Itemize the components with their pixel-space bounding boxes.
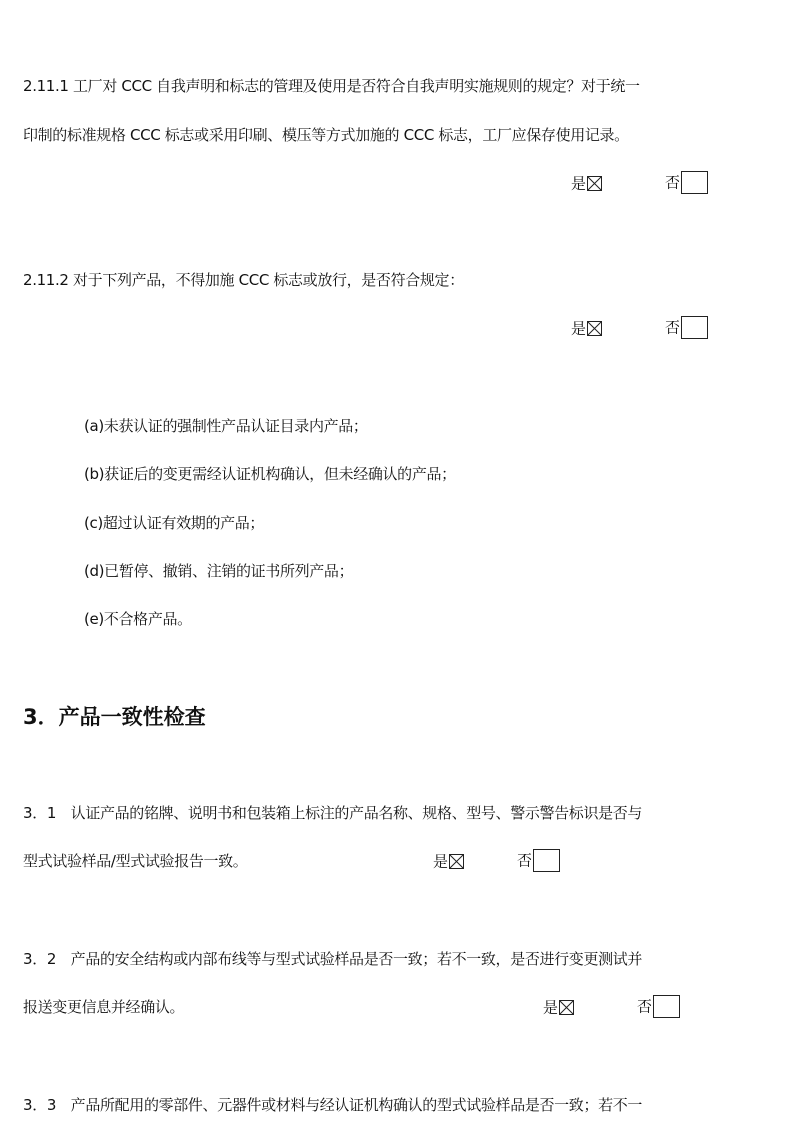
yes-checkbox-checked[interactable] — [587, 321, 602, 336]
x-mark-icon — [588, 177, 601, 190]
no-label: 否 — [517, 852, 532, 870]
yes-label: 是 — [571, 320, 586, 338]
no-checkbox-empty[interactable] — [653, 995, 680, 1018]
section-heading-3: 3．产品一致性检查 — [23, 703, 206, 731]
answer-2-11-2: 是 — [571, 318, 602, 339]
question-3-2-line2: 报送变更信息并经确认。 — [23, 997, 184, 1017]
question-3-3-line1: 3．3 产品所配用的零部件、元器件或材料与经认证机构确认的型式试验样品是否一致；… — [23, 1095, 642, 1115]
question-3-2-line1: 3．2 产品的安全结构或内部布线等与型式试验样品是否一致；若不一致，是否进行变更… — [23, 949, 642, 969]
question-3-1-line1: 3．1 认证产品的铭牌、说明书和包装箱上标注的产品名称、规格、型号、警示警告标识… — [23, 803, 642, 823]
list-item-c: (c)超过认证有效期的产品； — [84, 513, 264, 533]
no-label: 否 — [637, 998, 652, 1016]
answer-3-1: 是 — [433, 851, 464, 872]
x-mark-icon — [450, 855, 463, 868]
answer-3-2-no: 否 — [637, 995, 680, 1018]
x-mark-icon — [560, 1001, 573, 1014]
answer-2-11-1-no: 否 — [665, 171, 708, 194]
yes-checkbox-checked[interactable] — [449, 854, 464, 869]
list-item-e: (e)不合格产品。 — [84, 609, 192, 629]
answer-2-11-2-no: 否 — [665, 316, 708, 339]
no-checkbox-empty[interactable] — [681, 171, 708, 194]
answer-3-2: 是 — [543, 997, 574, 1018]
question-2-11-1-line1: 2.11.1 工厂对 CCC 自我声明和标志的管理及使用是否符合自我声明实施规则… — [23, 76, 640, 96]
no-label: 否 — [665, 174, 680, 192]
list-item-a: (a)未获认证的强制性产品认证目录内产品； — [84, 416, 368, 436]
x-mark-icon — [588, 322, 601, 335]
yes-label: 是 — [433, 853, 448, 871]
question-3-1-line2: 型式试验样品/型式试验报告一致。 — [23, 851, 247, 871]
question-2-11-1-line2: 印制的标准规格 CCC 标志或采用印刷、模压等方式加施的 CCC 标志，工厂应保… — [23, 125, 629, 145]
list-item-d: (d)已暂停、撤销、注销的证书所列产品； — [84, 561, 353, 581]
answer-2-11-1: 是 — [571, 173, 602, 194]
answer-3-1-no: 否 — [517, 849, 560, 872]
yes-label: 是 — [543, 999, 558, 1017]
yes-checkbox-checked[interactable] — [587, 176, 602, 191]
no-checkbox-empty[interactable] — [681, 316, 708, 339]
yes-label: 是 — [571, 175, 586, 193]
yes-checkbox-checked[interactable] — [559, 1000, 574, 1015]
list-item-b: (b)获证后的变更需经认证机构确认，但未经确认的产品； — [84, 464, 456, 484]
no-checkbox-empty[interactable] — [533, 849, 560, 872]
no-label: 否 — [665, 319, 680, 337]
question-2-11-2-line1: 2.11.2 对于下列产品，不得加施 CCC 标志或放行，是否符合规定： — [23, 270, 464, 290]
